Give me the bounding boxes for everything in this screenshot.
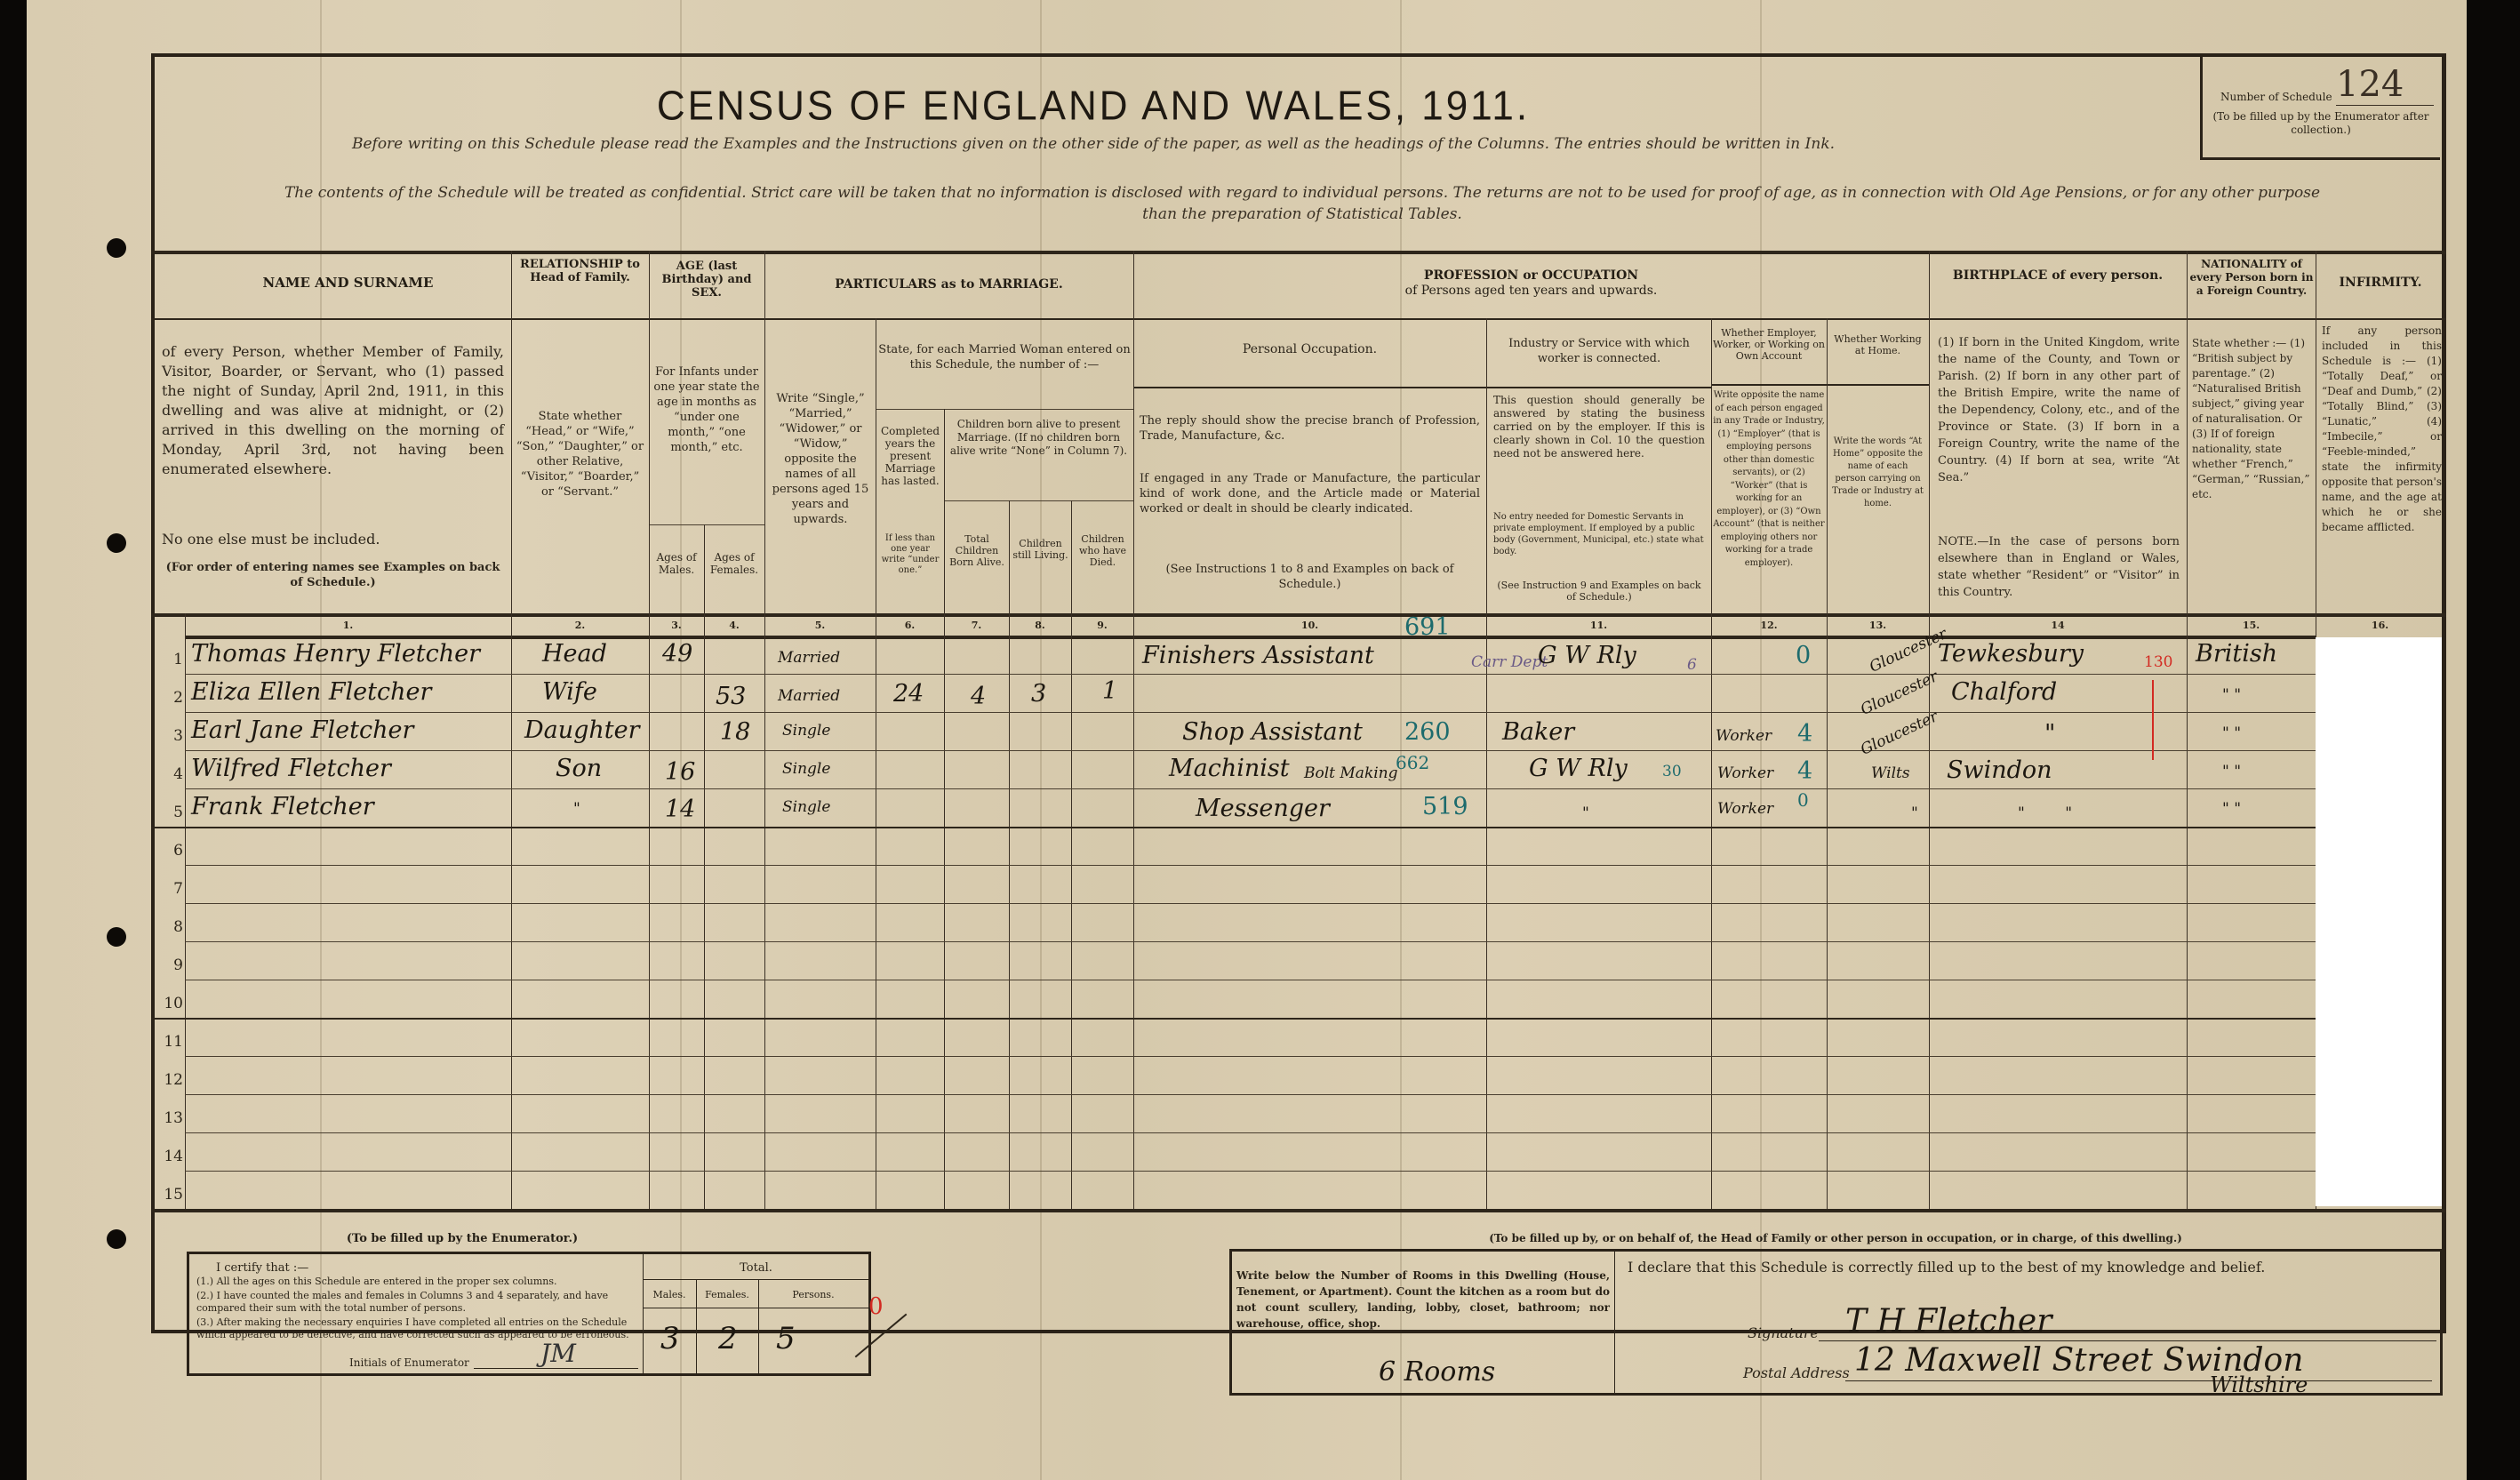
occupation: Finishers Assistant [1142, 642, 1374, 669]
relationship: Son [556, 755, 602, 782]
industry: G W Rly [1529, 755, 1628, 782]
punch-hole [107, 238, 126, 258]
occupation: Shop Assistant [1182, 718, 1363, 746]
row-number: 12 [151, 1071, 183, 1089]
header-completed-years: Completed years the present Marriage has… [878, 425, 942, 487]
punch-hole [107, 533, 126, 553]
row-number: 10 [151, 995, 183, 1012]
age-male: 14 [665, 796, 695, 823]
signature-label: Signature [1748, 1324, 1819, 1341]
column-number: 12. [1711, 620, 1827, 631]
header-personal-occupation: Personal Occupation. [1135, 342, 1484, 357]
row-number: 14 [151, 1148, 183, 1165]
children-died: 1 [1102, 677, 1117, 705]
header-marriage: PARTICULARS as to MARRIAGE. [766, 277, 1132, 292]
employer-code: 4 [1797, 720, 1812, 748]
birthplace: Swindon [1947, 756, 2052, 784]
header-age-instructions: For Infants under one year state the age… [652, 364, 762, 455]
header-married-woman: State, for each Married Woman entered on… [878, 342, 1131, 372]
employment-status: Worker [1717, 800, 1773, 818]
header-still-living: Children still Living. [1011, 538, 1070, 561]
page-title: CENSUS OF ENGLAND AND WALES, 1911. [0, 84, 2187, 131]
header-industry-inst-2: No entry needed for Domestic Servants in… [1493, 511, 1705, 557]
row-number: 4 [151, 765, 183, 783]
birthplace-code: 130 [2144, 653, 2172, 671]
relationship: " [573, 800, 580, 818]
column-number: 8. [1009, 620, 1071, 631]
header-ages-males: Ages of Males. [650, 551, 703, 576]
row-number: 7 [151, 880, 183, 898]
nationality: British [2196, 640, 2277, 668]
signature: T H Fletcher [1845, 1303, 2052, 1340]
certify-item-3: (3.) After making the necessary enquirie… [196, 1316, 641, 1341]
employer-code: 0 [1796, 642, 1811, 669]
employment-status: Worker [1716, 727, 1772, 745]
declaration: I declare that this Schedule is correctl… [1628, 1259, 2265, 1276]
employment-status: Worker [1717, 764, 1773, 782]
employer-code: 0 [1797, 789, 1809, 811]
marital-status: Single [782, 760, 830, 778]
occupation-code: 260 [1404, 718, 1451, 746]
schedule-number: 124 [2336, 64, 2434, 106]
initials-label: Initials of Enumerator [349, 1356, 469, 1370]
occupation-note: Carr Dept [1471, 653, 1548, 671]
header-birthplace: BIRTHPLACE of every person. [1931, 268, 2185, 284]
marital-status: Single [782, 798, 830, 816]
females-label: Females. [696, 1288, 758, 1302]
birthplace: " [2044, 720, 2055, 748]
relationship: Wife [542, 678, 597, 706]
header-name-order-note: (For order of entering names see Example… [162, 560, 504, 590]
person-name: Wilfred Fletcher [191, 755, 391, 782]
age-male: 16 [665, 758, 695, 786]
birthplace: " " [2018, 804, 2072, 822]
relationship: Daughter [524, 716, 640, 744]
occupation-code: 519 [1422, 793, 1468, 820]
header-personal-inst-2: If engaged in any Trade or Manufacture, … [1140, 471, 1480, 516]
schedule-number-box: Number of Schedule 124 (To be filled up … [2200, 55, 2440, 160]
occupation-code: 662 [1396, 752, 1429, 773]
employer-code: 4 [1797, 757, 1812, 785]
row-number: 2 [151, 689, 183, 707]
row-number: 8 [151, 918, 183, 936]
header-industry-inst-3: (See Instruction 9 and Examples on back … [1493, 580, 1705, 603]
header-have-died: Children who have Died. [1073, 533, 1132, 568]
header-employer: Whether Employer, Worker, or Working on … [1713, 327, 1825, 362]
enumerator-certificate-box: I certify that :— (1.) All the ages on t… [187, 1252, 871, 1376]
row-number: 1 [151, 651, 183, 668]
certify-label: I certify that :— [216, 1261, 308, 1276]
instruction-line: Before writing on this Schedule please r… [0, 135, 2187, 153]
column-number: 6. [876, 620, 944, 631]
header-name-instructions: of every Person, whether Member of Famil… [162, 342, 504, 479]
header-personal-inst-3: (See Instructions 1 to 8 and Examples on… [1140, 562, 1480, 592]
red-check-mark: 0 [868, 1293, 884, 1320]
nationality: " " [2222, 724, 2241, 742]
column-number: 5. [764, 620, 876, 631]
marital-status: Married [778, 649, 840, 667]
punch-hole [107, 1229, 126, 1249]
industry: " [1582, 804, 1589, 822]
punch-hole [107, 927, 126, 947]
header-birthplace-note: NOTE.—In the case of persons born elsewh… [1938, 533, 2180, 601]
header-marriage-write: Write “Single,” “Married,” “Widower,” or… [768, 391, 873, 527]
total-males: 3 [660, 1321, 680, 1356]
header-infirmity: INFIRMITY. [2317, 276, 2444, 291]
header-children-note: Children born alive to present Marriage.… [946, 418, 1132, 458]
confidential-line: The contents of the Schedule will be tre… [169, 182, 2436, 225]
column-number: 2. [511, 620, 649, 631]
header-employer-inst: Write opposite the name of each person e… [1713, 389, 1825, 570]
row-number: 6 [151, 842, 183, 860]
row-number: 3 [151, 727, 183, 745]
header-birthplace-inst: (1) If born in the United Kingdom, write… [1938, 334, 2180, 486]
enumerator-initials: JM [540, 1339, 576, 1368]
occupation-code: 691 [1404, 613, 1451, 641]
nationality: " " [2222, 763, 2241, 780]
industry-code: 30 [1662, 763, 1682, 780]
header-at-home: Whether Working at Home. [1828, 333, 1927, 356]
row-number: 15 [151, 1186, 183, 1204]
column-number: 16. [2316, 620, 2444, 631]
nationality: " " [2222, 800, 2241, 818]
header-name: NAME AND SURNAME [185, 276, 511, 291]
row-number: 9 [151, 956, 183, 974]
rooms-count: 6 Rooms [1379, 1356, 1495, 1388]
postal-address-label: Postal Address [1743, 1364, 1850, 1381]
header-ages-females: Ages of Females. [705, 551, 764, 576]
enumerator-heading: (To be filled up by the Enumerator.) [240, 1231, 684, 1246]
person-name: Frank Fletcher [191, 793, 374, 820]
person-name: Thomas Henry Fletcher [191, 640, 480, 668]
redacted-infirmity-column [2316, 637, 2442, 1206]
schedule-frame [151, 53, 2446, 1333]
certify-item-1: (1.) All the ages on this Schedule are e… [196, 1276, 641, 1288]
head-of-family-heading: (To be filled up by, or on behalf of, th… [1227, 1231, 2444, 1246]
person-name: Eliza Ellen Fletcher [191, 678, 431, 706]
postal-address-county: Wiltshire [2210, 1372, 2308, 1397]
column-number: 7. [944, 620, 1009, 631]
column-number: 14 [1929, 620, 2187, 631]
age-female: 53 [716, 683, 746, 710]
column-number: 3. [649, 620, 704, 631]
persons-label: Persons. [758, 1288, 868, 1302]
header-at-home-inst: Write the words “At Home” opposite the n… [1831, 436, 1924, 510]
header-nationality-inst: State whether :— (1) “British subject by… [2192, 336, 2312, 502]
header-age: AGE (last Birthday) and SEX. [651, 260, 763, 300]
row-number: 13 [151, 1109, 183, 1127]
marital-status: Married [778, 687, 840, 705]
county: Wilts [1871, 764, 1910, 782]
header-relationship: RELATIONSHIP to Head of Family. [513, 258, 647, 284]
header-industry-inst-1: This question should generally be answer… [1493, 394, 1705, 460]
header-infirmity-inst: If any person included in this Schedule … [2322, 324, 2442, 535]
column-number: 15. [2187, 620, 2316, 631]
county: " [1911, 804, 1918, 822]
age-male: 49 [662, 640, 692, 668]
age-female: 18 [720, 718, 750, 746]
header-personal-inst-1: The reply should show the precise branch… [1140, 413, 1480, 444]
males-label: Males. [643, 1288, 696, 1302]
nationality: " " [2222, 686, 2241, 704]
rooms-instructions: Write below the Number of Rooms in this … [1236, 1268, 1610, 1332]
header-total-born: Total Children Born Alive. [946, 533, 1008, 568]
total-label: Total. [643, 1261, 869, 1276]
red-tally-mark [2152, 680, 2154, 760]
years-married: 24 [893, 680, 924, 708]
person-name: Earl Jane Fletcher [191, 716, 413, 744]
children-born: 4 [971, 683, 986, 710]
total-females: 2 [718, 1321, 738, 1356]
children-living: 3 [1031, 680, 1046, 708]
birthplace: Tewkesbury [1938, 640, 2084, 668]
industry: G W Rly [1538, 642, 1636, 669]
header-relationship-instructions: State whether “Head,” or “Wife,” “Son,” … [516, 409, 644, 500]
header-less-than-one: If less than one year write “under one.” [878, 533, 942, 576]
column-number: 1. [185, 620, 511, 631]
header-nationality: NATIONALITY of every Person born in a Fo… [2188, 258, 2315, 298]
column-number: 9. [1071, 620, 1133, 631]
occupation: Machinist [1169, 755, 1290, 782]
column-number: 13. [1827, 620, 1929, 631]
head-of-family-box: Write below the Number of Rooms in this … [1229, 1249, 2443, 1396]
industry-code: 6 [1687, 656, 1697, 674]
header-name-no-one-else: No one else must be included. [162, 532, 504, 547]
certify-item-2: (2.) I have counted the males and female… [196, 1290, 641, 1315]
industry: Baker [1502, 718, 1574, 746]
column-number: 4. [704, 620, 764, 631]
relationship: Head [542, 640, 607, 668]
header-industry: Industry or Service with which worker is… [1490, 336, 1708, 366]
occupation: Messenger [1196, 795, 1330, 822]
occupation-note: Bolt Making [1304, 764, 1398, 782]
schedule-number-note: (To be filled up by the Enumerator after… [2210, 110, 2432, 137]
column-number: 11. [1486, 620, 1711, 631]
schedule-number-label: Number of Schedule [2220, 91, 2332, 103]
row-number: 5 [151, 804, 183, 821]
total-persons: 5 [776, 1321, 796, 1356]
header-profession: PROFESSION or OCCUPATION of Persons aged… [1133, 268, 1929, 299]
marital-status: Single [782, 722, 830, 740]
row-number: 11 [151, 1033, 183, 1051]
birthplace: Chalford [1951, 678, 2057, 706]
